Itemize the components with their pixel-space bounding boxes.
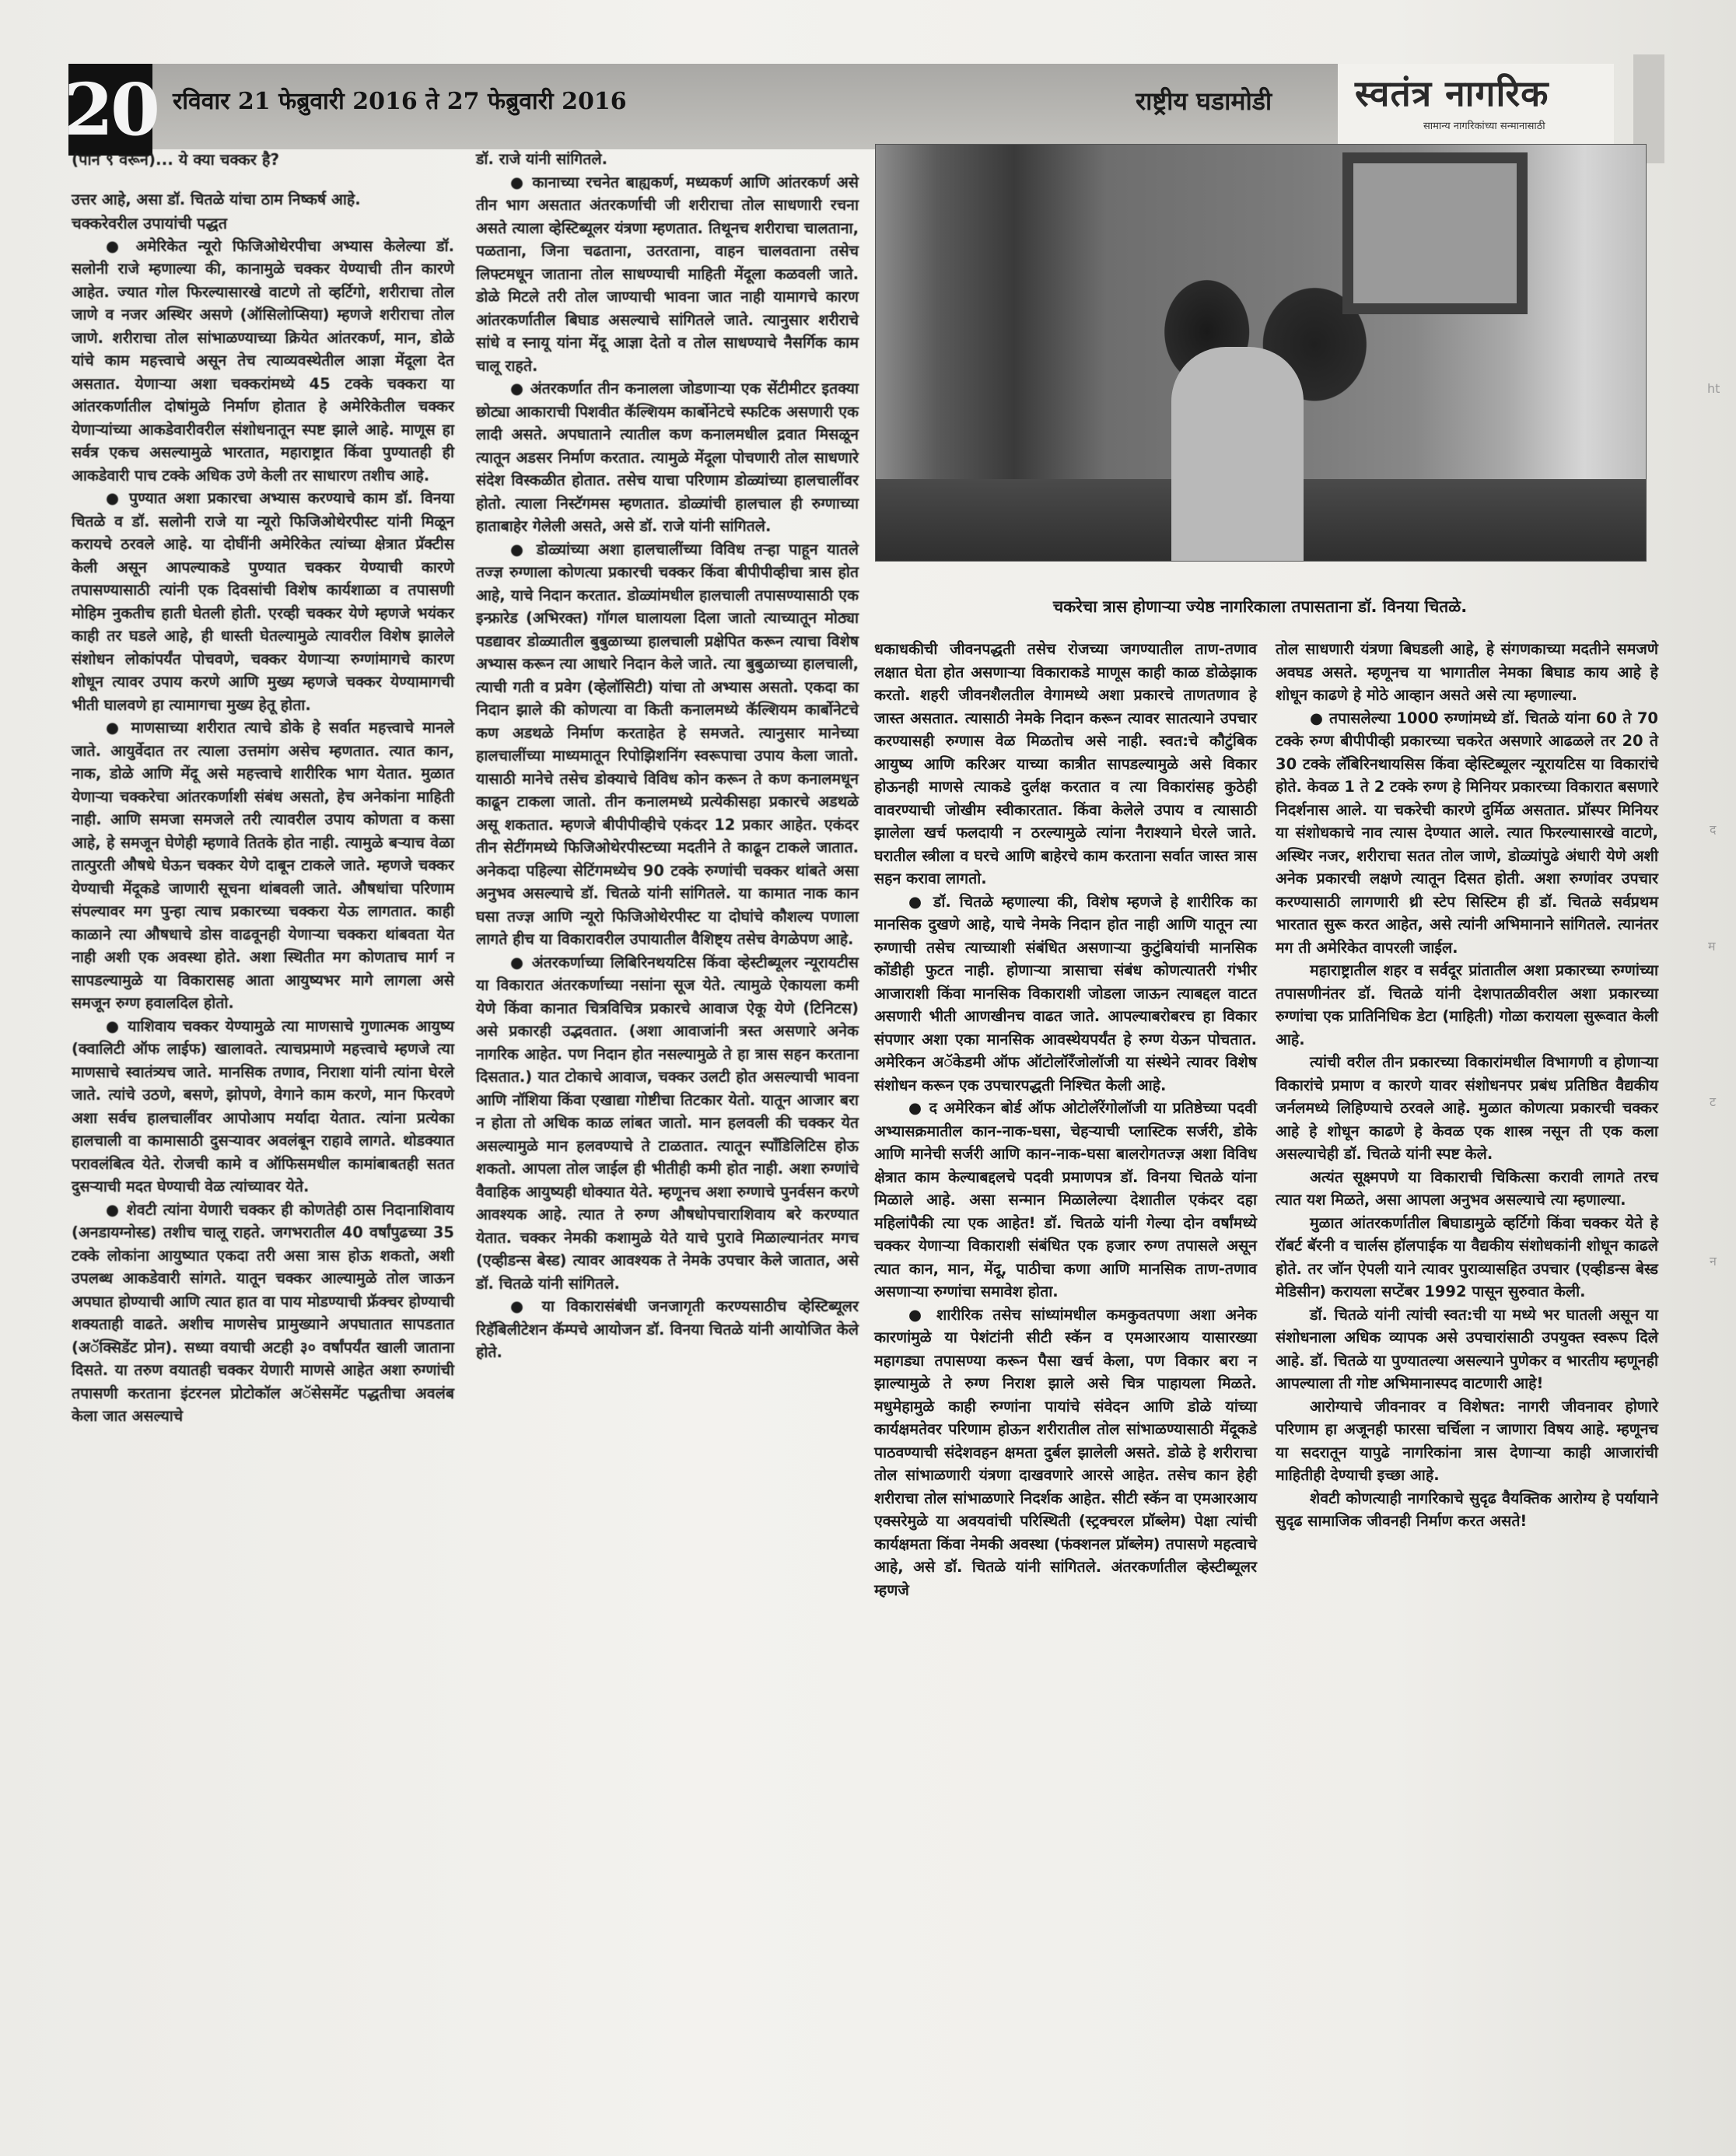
paragraph: त्यांची वरील तीन प्रकारच्या विकारांमधील …	[1276, 1051, 1658, 1166]
paragraph: ● डॉ. चितळे म्हणाल्या की, विशेष म्हणजे ह…	[874, 891, 1257, 1097]
dateline: रविवार 21 फेब्रुवारी 2016 ते 27 फेब्रुवा…	[173, 84, 627, 116]
page-number: 20	[68, 64, 152, 156]
section-name: राष्ट्रीय घडामोडी	[1136, 84, 1272, 117]
paragraph: आरोग्याचे जीवनावर व विशेषत: नागरी जीवनाव…	[1276, 1395, 1658, 1487]
newspaper-page: 20 रविवार 21 फेब्रुवारी 2016 ते 27 फेब्र…	[0, 0, 1736, 2156]
margin-mark: न	[1710, 1252, 1717, 1269]
paragraph: ● अमेरिकेत न्यूरो फिजिओथेरपीचा अभ्यास के…	[72, 235, 454, 488]
paragraph: ● कानाच्या रचनेत बाह्यकर्ण, मध्यकर्ण आणि…	[476, 171, 859, 378]
article-column-1: (पान ९ वरून)... ये क्या चक्कर है? उत्तर …	[72, 148, 454, 1428]
paragraph: ● शारीरिक तसेच सांध्यांमधील कमकुवतपणा अश…	[874, 1304, 1257, 1602]
paragraph: मुळात आंतरकर्णातील बिघाडामुळे व्हर्टिगो …	[1276, 1212, 1658, 1304]
paragraph: शेवटी कोणत्याही नागरिकाचे सुदृढ वैयक्तिक…	[1276, 1487, 1658, 1533]
paragraph: ● अंतरकर्णात तीन कनालला जोडणाऱ्या एक सें…	[476, 377, 859, 538]
paragraph: उत्तर आहे, असा डॉ. चितळे यांचा ठाम निष्क…	[72, 188, 454, 212]
margin-mark: म	[1708, 937, 1716, 954]
paragraph: धकाधकीची जीवनपद्धती तसेच रोजच्या जगण्यात…	[874, 638, 1257, 891]
paragraph: ● अंतरकर्णाच्या लिबिरिनथयटिस किंवा व्हेस…	[476, 951, 859, 1296]
paragraph: ● द अमेरिकन बोर्ड ऑफ ओटोलॅरेंगोलॉजी या प…	[874, 1097, 1257, 1304]
publication-title: स्वतंत्र नागरिक	[1355, 68, 1549, 117]
continued-from-label: (पान ९ वरून)... ये क्या चक्कर है?	[72, 148, 454, 171]
paragraph: ● या विकारासंबंधी जनजागृती करण्यसाठीच व्…	[476, 1295, 859, 1364]
paragraph: तोल साधणारी यंत्रणा बिघडली आहे, हे संगणक…	[1276, 638, 1658, 707]
article-column-4: तोल साधणारी यंत्रणा बिघडली आहे, हे संगणक…	[1276, 638, 1658, 1533]
paragraph: डॉ. चितळे यांनी त्यांची स्वत:ची या मध्ये…	[1276, 1304, 1658, 1395]
paragraph: डॉ. राजे यांनी सांगितले.	[476, 148, 859, 171]
paragraph: ● शेवटी त्यांना येणारी चक्कर ही कोणतेही …	[72, 1199, 454, 1428]
paragraph: ● याशिवाय चक्कर येण्यामुळे त्या माणसाचे …	[72, 1015, 454, 1199]
publication-tagline: सामान्य नागरिकांच्या सन्मानासाठी	[1423, 118, 1545, 132]
margin-mark: ht	[1707, 381, 1720, 396]
margin-mark: ट	[1710, 1093, 1716, 1110]
paragraph: ● माणसाच्या शरीरात त्याचे डोके हे सर्वात…	[72, 716, 454, 1015]
article-column-3: धकाधकीची जीवनपद्धती तसेच रोजच्या जगण्यात…	[874, 638, 1257, 1601]
paragraph: अत्यंत सूक्ष्मपणे या विकाराची चिकित्सा क…	[1276, 1166, 1658, 1212]
photo-patient-figure	[1171, 347, 1304, 561]
article-column-2: डॉ. राजे यांनी सांगितले. ● कानाच्या रचने…	[476, 148, 859, 1364]
paragraph: ● पुण्यात अशा प्रकारचा अभ्यास करण्याचे क…	[72, 487, 454, 716]
paragraph: ● तपासलेल्या 1000 रुग्णांमध्ये डॉ. चितळे…	[1276, 707, 1658, 960]
paragraph: महाराष्ट्रातील शहर व सर्वदूर प्रांतातील …	[1276, 959, 1658, 1051]
subheading: चक्करेवरील उपायांची पद्धत	[72, 212, 454, 235]
paragraph: ● डोळ्यांच्या अशा हालचालींच्या विविध तऱ्…	[476, 538, 859, 951]
article-photo	[875, 144, 1647, 562]
margin-mark: द	[1710, 821, 1717, 838]
photo-caption: चकरेचा त्रास होणाऱ्या ज्येष्ठ नागरिकाला …	[875, 596, 1645, 618]
photo-wall-frame	[1342, 152, 1528, 314]
